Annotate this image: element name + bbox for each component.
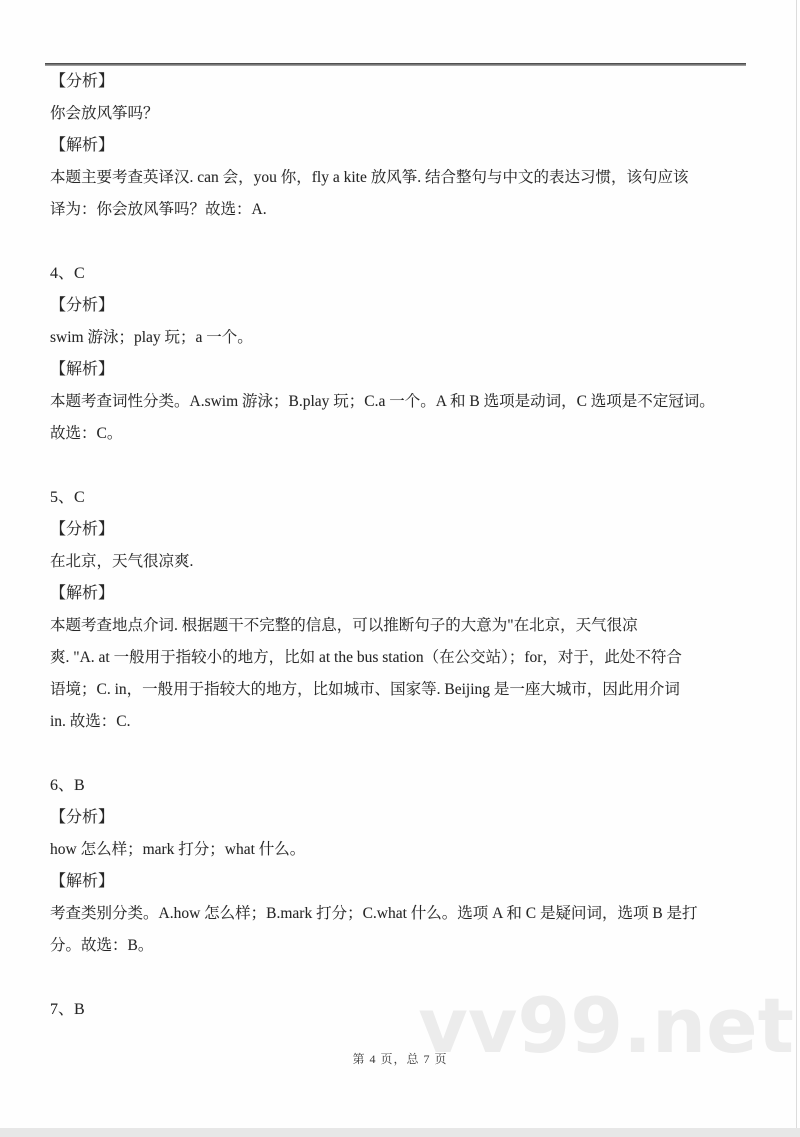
- answer-number: 6、B: [50, 770, 750, 802]
- page-right-edge: [796, 0, 797, 1137]
- text-line: 故选：C。: [50, 418, 750, 450]
- page-bottom-edge: [0, 1128, 800, 1137]
- text-line: 本题考查词性分类。A.swim 游泳；B.play 玩；C.a 一个。A 和 B…: [50, 386, 750, 418]
- page-number-footer: 第 4 页，总 7 页: [0, 1050, 800, 1067]
- explanation-label: 【解析】: [50, 354, 750, 386]
- answer-number: 5、C: [50, 482, 750, 514]
- text-line: 考查类别分类。A.how 怎么样；B.mark 打分；C.what 什么。选项 …: [50, 898, 750, 930]
- text-line: 本题主要考查英译汉. can 会，you 你，fly a kite 放风筝. 结…: [50, 162, 750, 194]
- text-line: how 怎么样；mark 打分；what 什么。: [50, 834, 750, 866]
- text-line: 爽. "A. at 一般用于指较小的地方，比如 at the bus stati…: [50, 642, 750, 674]
- explanation-label: 【解析】: [50, 130, 750, 162]
- analysis-label: 【分析】: [50, 290, 750, 322]
- document-page: vv99.net 【分析】你会放风筝吗？【解析】本题主要考查英译汉. can 会…: [0, 0, 800, 1137]
- text-line: 本题考查地点介词. 根据题干不完整的信息，可以推断句子的大意为"在北京，天气很凉: [50, 610, 750, 642]
- answer-number: 4、C: [50, 258, 750, 290]
- answer-explanations: 【分析】你会放风筝吗？【解析】本题主要考查英译汉. can 会，you 你，fl…: [50, 66, 750, 1058]
- text-line: 在北京，天气很凉爽.: [50, 546, 750, 578]
- answer-section-q4: 4、C【分析】swim 游泳；play 玩；a 一个。【解析】本题考查词性分类。…: [50, 258, 750, 450]
- text-line: 语境；C. in，一般用于指较大的地方，比如城市、国家等. Beijing 是一…: [50, 674, 750, 706]
- text-line: in. 故选：C.: [50, 706, 750, 738]
- text-line: 分。故选：B。: [50, 930, 750, 962]
- explanation-label: 【解析】: [50, 866, 750, 898]
- text-line: swim 游泳；play 玩；a 一个。: [50, 322, 750, 354]
- text-line: 你会放风筝吗？: [50, 98, 750, 130]
- answer-number: 7、B: [50, 994, 750, 1026]
- answer-section-q7: 7、B: [50, 994, 750, 1026]
- answer-section-q5: 5、C【分析】在北京，天气很凉爽.【解析】本题考查地点介词. 根据题干不完整的信…: [50, 482, 750, 738]
- answer-section-q6: 6、B【分析】how 怎么样；mark 打分；what 什么。【解析】考查类别分…: [50, 770, 750, 962]
- analysis-label: 【分析】: [50, 514, 750, 546]
- analysis-label: 【分析】: [50, 66, 750, 98]
- answer-section-q3-continued: 【分析】你会放风筝吗？【解析】本题主要考查英译汉. can 会，you 你，fl…: [50, 66, 750, 226]
- text-line: 译为：你会放风筝吗？故选：A.: [50, 194, 750, 226]
- analysis-label: 【分析】: [50, 802, 750, 834]
- explanation-label: 【解析】: [50, 578, 750, 610]
